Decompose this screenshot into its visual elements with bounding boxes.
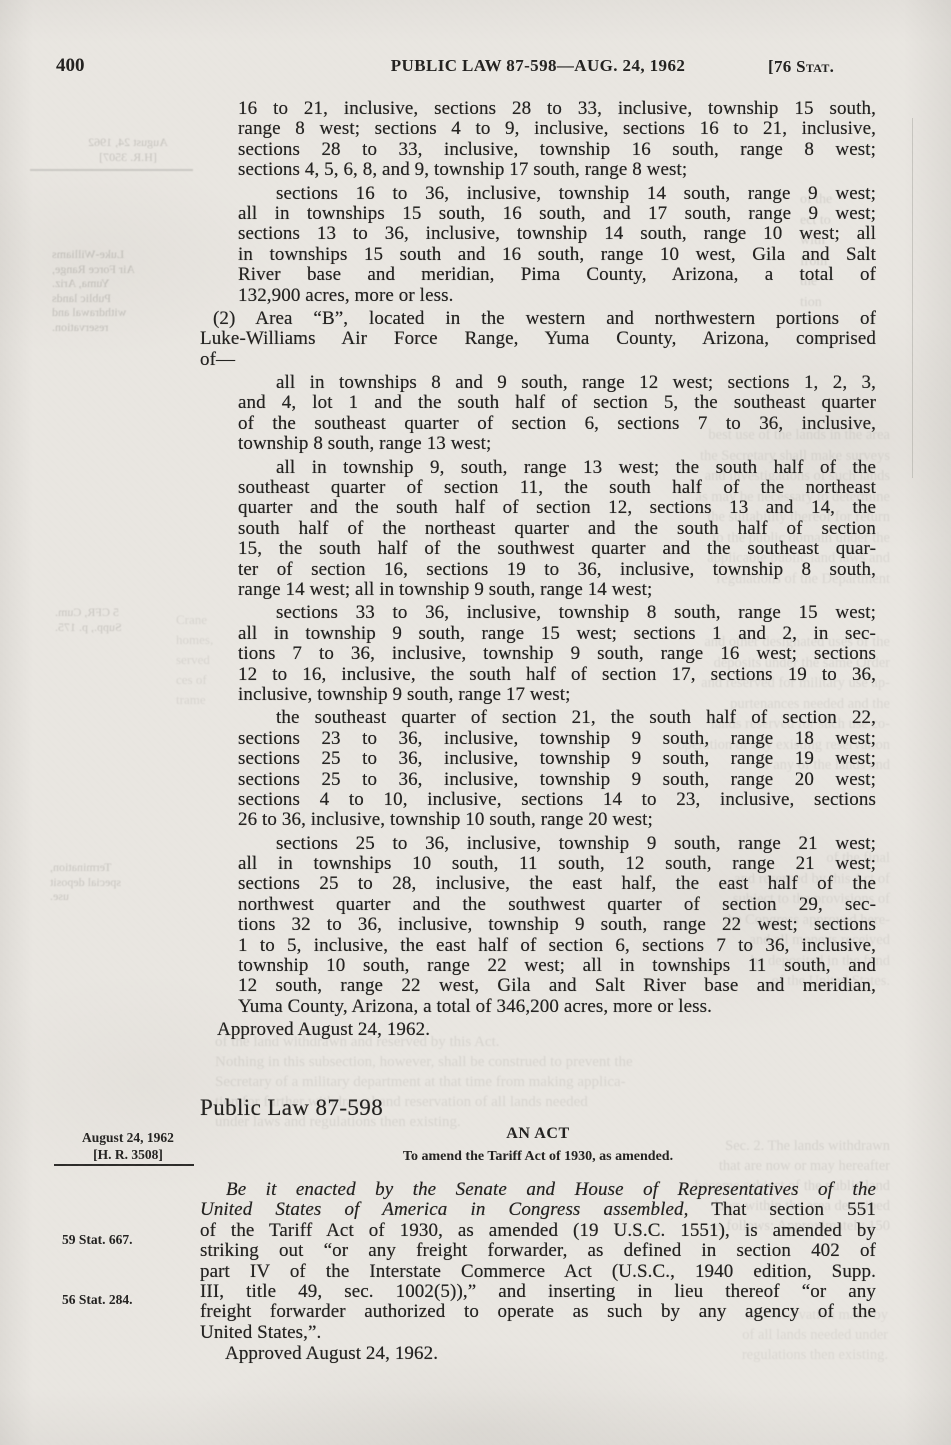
text-line: Yuma County, Arizona, a total of 346,200… [238, 997, 876, 1017]
paragraph: sections 25 to 36, inclusive, township 9… [238, 834, 876, 1018]
margin-rule [54, 1164, 194, 1166]
text-line: tions 7 to 36, inclusive, township 9 sou… [238, 644, 876, 664]
text-line: range 8 west; sections 4 to 9, inclusive… [238, 119, 876, 139]
text-line: sections 4, 5, 6, 8, and 9, township 17 … [238, 160, 876, 180]
text-line: inclusive, township 9 south, range 17 we… [238, 685, 876, 705]
text-line: south half of the northeast quarter and … [238, 519, 876, 539]
italic-text: Be it enacted by the Senate and House of… [226, 1180, 876, 1200]
paragraph: sections 33 to 36, inclusive, township 8… [238, 603, 876, 705]
text-line: all in township 9 south, range 15 west; … [238, 624, 876, 644]
paragraph: all in townships 8 and 9 south, range 12… [238, 373, 876, 455]
text-line: in townships 15 south and 16 south, rang… [238, 245, 876, 265]
text-line: and 4, lot 1 and the south half of secti… [238, 393, 876, 413]
text-line: sections 25 to 36, inclusive, township 9… [238, 770, 876, 790]
paragraph: Approved August 24, 1962. [217, 1020, 876, 1040]
bleedthrough-text: 5 CFR, Cum.Supp., p. 175. [55, 605, 173, 634]
text-line: 12 south, range 22 west, Gila and Salt R… [238, 976, 876, 996]
paragraph: sections 16 to 36, inclusive, township 1… [238, 184, 876, 306]
text-line: III, title 49, sec. 1002(5)),” and inser… [200, 1282, 876, 1302]
text-line: sections 33 to 36, inclusive, township 8… [238, 603, 876, 623]
text-line: of the Tariff Act of 1930, as amended (1… [200, 1221, 876, 1241]
paragraph: (2) Area “B”, located in the western and… [200, 309, 876, 370]
scanned-statute-page: August 24, 1962[H.R. 3507]Luke-WilliamsA… [0, 0, 951, 1445]
bleedthrough-rule [30, 169, 193, 171]
text-line: northwest quarter and the southwest quar… [238, 895, 876, 915]
text-line: 16 to 21, inclusive, sections 28 to 33, … [238, 99, 876, 119]
public-law-heading: Public Law 87-598 [200, 1094, 876, 1122]
text-line: freight forwarder authorized to operate … [200, 1302, 876, 1322]
text-line: sections 4 to 10, inclusive, sections 14… [238, 790, 876, 810]
text-line: Approved August 24, 1962. [217, 1020, 876, 1040]
paragraph: 16 to 21, inclusive, sections 28 to 33, … [238, 99, 876, 181]
text-line: tions 32 to 36, inclusive, township 9 so… [238, 915, 876, 935]
margin-note-date: August 24, 1962 [58, 1129, 198, 1146]
text-line: township 8 south, range 13 west; [238, 434, 876, 454]
text-line: Approved August 24, 1962. [225, 1344, 876, 1364]
margin-note-stat-citation: 59 Stat. 667. [62, 1231, 133, 1248]
text-line: Be it enacted by the Senate and House of… [200, 1180, 876, 1200]
text-line: Luke-Williams Air Force Range, Yuma Coun… [200, 329, 876, 349]
paragraph: all in township 9, south, range 13 west;… [238, 458, 876, 601]
page-number: 400 [56, 55, 85, 77]
bleedthrough-line: withdrawal and [52, 305, 170, 320]
bleedthrough-text: Termination,special deposituse. [50, 860, 175, 904]
scan-scratch-line [912, 118, 913, 478]
text-line: range 14 west; all in township 9 south, … [238, 580, 876, 600]
text-line: all in townships 10 south, 11 south, 12 … [238, 854, 876, 874]
text-line: all in township 9, south, range 13 west;… [238, 458, 876, 478]
text-line: 15, the south half of the southwest quar… [238, 539, 876, 559]
text-line: sections 25 to 28, inclusive, the east h… [238, 874, 876, 894]
bleedthrough-line: Public lands [52, 291, 170, 306]
bleedthrough-text: Luke-WilliamsAir Force Range,Yuma, Ariz.… [52, 247, 170, 334]
text-line: 1 to 5, inclusive, the east half of sect… [238, 936, 876, 956]
land-description-body: 16 to 21, inclusive, sections 28 to 33, … [200, 99, 876, 1041]
bleedthrough-line: Nothing in this subsection, however, sha… [215, 1052, 877, 1072]
text-line: sections 23 to 36, inclusive, township 9… [238, 729, 876, 749]
text-line: of the southeast quarter of section 6, s… [238, 414, 876, 434]
bleedthrough-line: Luke-Williams [52, 247, 170, 262]
text-line: all in townships 15 south, 16 south, and… [238, 204, 876, 224]
text-line: of— [200, 350, 876, 370]
text-line: 132,900 acres, more or less. [238, 286, 876, 306]
margin-note-bill-number: [H. R. 3508] [58, 1146, 198, 1163]
paragraph: Be it enacted by the Senate and House of… [200, 1180, 876, 1343]
text-line: sections 25 to 36, inclusive, township 9… [238, 834, 876, 854]
text-line: sections 16 to 36, inclusive, township 1… [238, 184, 876, 204]
text-line: all in townships 8 and 9 south, range 12… [238, 373, 876, 393]
bleedthrough-line: Air Force Range, [52, 262, 170, 277]
text-line: 26 to 36, inclusive, township 10 south, … [238, 810, 876, 830]
roman-text: That section 551 [688, 1200, 876, 1220]
margin-note-stat-citation: 56 Stat. 284. [62, 1291, 133, 1308]
bleedthrough-line: Yuma, Ariz. [52, 276, 170, 291]
public-law-section: Public Law 87-598 AN ACT To amend the Ta… [200, 1094, 876, 1365]
text-line: the southeast quarter of section 21, the… [238, 708, 876, 728]
bleedthrough-line: 5 CFR, Cum. [55, 605, 173, 620]
text-line: striking out “or any freight forwarder, … [200, 1241, 876, 1261]
text-line: township 10 south, range 22 west; all in… [238, 956, 876, 976]
text-line: (2) Area “B”, located in the western and… [200, 309, 876, 329]
text-line: part IV of the Interstate Commerce Act (… [200, 1262, 876, 1282]
paragraph: Approved August 24, 1962. [225, 1344, 876, 1364]
bleedthrough-line: [H.R. 3507] [58, 150, 198, 165]
text-line: sections 13 to 36, inclusive, township 1… [238, 224, 876, 244]
text-line: United States,”. [200, 1323, 876, 1343]
bleedthrough-line: reservation. [52, 320, 170, 335]
bleedthrough-line: Secretary of a military department at th… [215, 1072, 877, 1092]
bleedthrough-line: Supp., p. 175. [55, 620, 173, 635]
text-line: southeast quarter of section 11, the sou… [238, 478, 876, 498]
statute-volume-ref: [76 Stat. [768, 57, 834, 77]
text-line: River base and meridian, Pima County, Ar… [238, 265, 876, 285]
bleedthrough-line: use. [50, 889, 175, 904]
bleedthrough-line: special deposit [50, 875, 175, 890]
act-tagline: To amend the Tariff Act of 1930, as amen… [200, 1148, 876, 1166]
text-line: 12 to 16, inclusive, the south half of s… [238, 665, 876, 685]
text-line: ter of section 16, sections 19 to 36, in… [238, 560, 876, 580]
an-act-heading: AN ACT [200, 1124, 876, 1144]
bleedthrough-text: August 24, 1962[H.R. 3507] [58, 135, 198, 165]
text-line: sections 25 to 36, inclusive, township 9… [238, 749, 876, 769]
text-line: sections 28 to 33, inclusive, township 1… [238, 140, 876, 160]
text-line: United States of America in Congress ass… [200, 1200, 876, 1220]
bleedthrough-line: Termination, [50, 860, 175, 875]
italic-text: United States of America in Congress ass… [200, 1200, 688, 1220]
paragraph: the southeast quarter of section 21, the… [238, 708, 876, 830]
bleedthrough-line: August 24, 1962 [58, 135, 198, 150]
enacting-clause-body: Be it enacted by the Senate and House of… [200, 1180, 876, 1365]
text-line: quarter and the south half of section 12… [238, 498, 876, 518]
